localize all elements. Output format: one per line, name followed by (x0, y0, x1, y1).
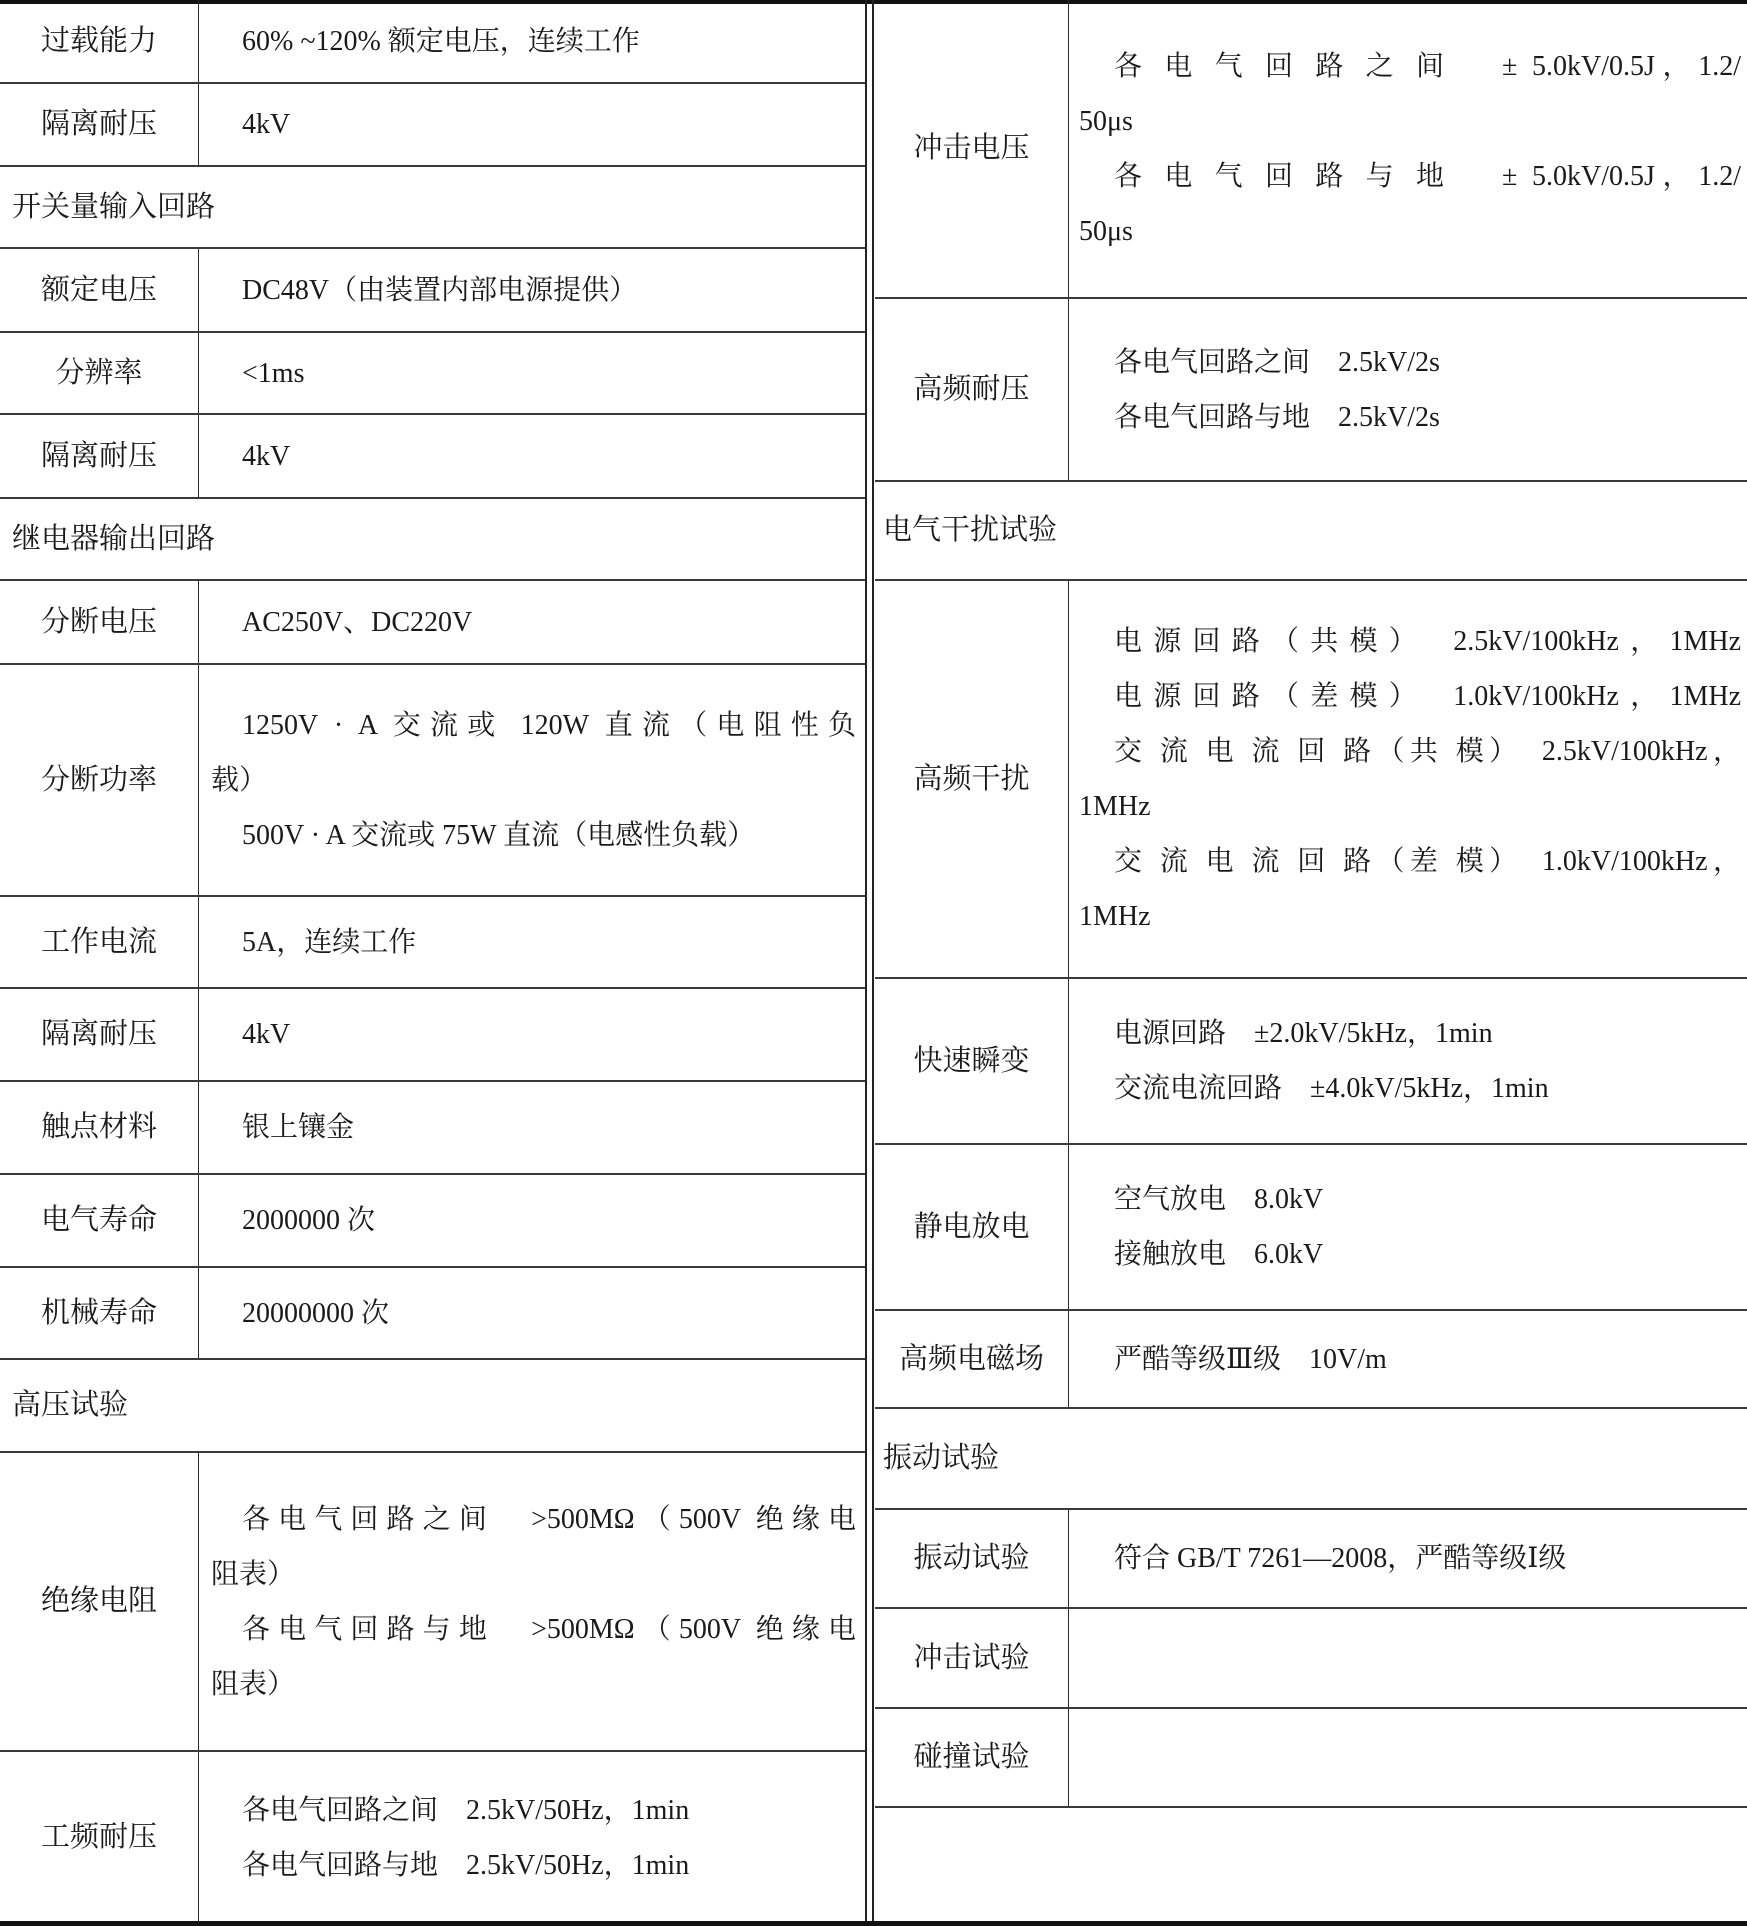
table-row: 电气寿命2000000 次 (0, 1175, 866, 1268)
parameter-value-cell: 各电气回路之间 >500MΩ（500V 绝缘电阻表）各电气回路与地 >500MΩ… (199, 1453, 866, 1750)
parameter-value-line: 5A，连续工作 (211, 915, 856, 970)
parameter-value-line: 交流电流回路 ±4.0kV/5kHz，1min (1079, 1061, 1741, 1116)
parameter-value-line: 银上镶金 (211, 1100, 856, 1155)
parameter-name-cell: 振动试验 (875, 1510, 1069, 1607)
section-header-row: 高压试验 (0, 1360, 866, 1453)
parameter-value-line: DC48V（由装置内部电源提供） (211, 263, 856, 318)
parameter-name-cell: 工频耐压 (0, 1752, 199, 1923)
parameter-value-cell: 各电气回路之间 2.5kV/50Hz，1min各电气回路与地 2.5kV/50H… (199, 1752, 866, 1923)
parameter-value-line: 1250V · A 交流或 120W 直流（电阻性负 (211, 698, 856, 753)
parameter-name: 分断功率 (41, 753, 157, 808)
table-row: 隔离耐压4kV (0, 84, 866, 167)
parameter-value-line: 电源回路 ±2.0kV/5kHz，1min (1079, 1006, 1741, 1061)
parameter-name: 振动试验 (913, 1531, 1029, 1586)
parameter-value-cell: 各 电 气 回 路 之 间 ± 5.0kV/0.5J，1.2/50μs各 电 气… (1069, 0, 1747, 297)
table-row: 冲击试验 (875, 1609, 1747, 1709)
parameter-value-line: 载） (211, 753, 856, 808)
parameter-name-cell: 工作电流 (0, 897, 199, 987)
parameter-name: 工频耐压 (41, 1810, 157, 1865)
parameter-value-line: 符合 GB/T 7261—2008，严酷等级Ⅰ级 (1079, 1531, 1741, 1586)
parameter-name: 静电放电 (913, 1200, 1029, 1255)
parameter-value-line: 4kV (211, 429, 856, 484)
parameter-value-line: 1MHz (1079, 889, 1741, 944)
parameter-name: 冲击电压 (913, 121, 1029, 176)
parameter-value-line: 20000000 次 (211, 1286, 856, 1341)
parameter-name-cell: 冲击电压 (875, 0, 1069, 297)
parameter-name-cell: 机械寿命 (0, 1268, 199, 1358)
parameter-value-line: AC250V、DC220V (211, 595, 856, 650)
spec-table-left: 过载能力60% ~120% 额定电压，连续工作隔离耐压4kV开关量输入回路额定电… (0, 0, 866, 1926)
right-table-left-border (872, 0, 874, 1926)
parameter-value-cell: DC48V（由装置内部电源提供） (199, 249, 866, 331)
section-title: 电气干扰试验 (875, 503, 1747, 558)
parameter-name-cell: 静电放电 (875, 1145, 1069, 1309)
table-row: 隔离耐压4kV (0, 989, 866, 1082)
parameter-value-cell: 4kV (199, 84, 866, 165)
parameter-value-line: 2000000 次 (211, 1193, 856, 1248)
parameter-name: 高频耐压 (913, 362, 1029, 417)
table-row: 振动试验符合 GB/T 7261—2008，严酷等级Ⅰ级 (875, 1510, 1747, 1609)
parameter-value-line: 4kV (211, 1007, 856, 1062)
parameter-value-line: 50μs (1079, 204, 1741, 259)
parameter-name: 冲击试验 (913, 1631, 1029, 1686)
section-header-row: 继电器输出回路 (0, 499, 866, 581)
parameter-value-line: 接触放电 6.0kV (1079, 1227, 1741, 1282)
table-row-blank (875, 1808, 1747, 1923)
parameter-value-cell: 符合 GB/T 7261—2008，严酷等级Ⅰ级 (1069, 1510, 1747, 1607)
table-row: 触点材料银上镶金 (0, 1082, 866, 1175)
parameter-value-cell: 银上镶金 (199, 1082, 866, 1173)
parameter-value-cell: 20000000 次 (199, 1268, 866, 1358)
parameter-value-line: 各电气回路之间 >500MΩ（500V 绝缘电 (211, 1492, 856, 1547)
parameter-name-cell: 触点材料 (0, 1082, 199, 1173)
parameter-name-cell: 碰撞试验 (875, 1709, 1069, 1806)
table-row: 碰撞试验 (875, 1709, 1747, 1808)
section-header-cell: 振动试验 (875, 1409, 1747, 1508)
parameter-value-line: 电源回路（共模） 2.5kV/100kHz，1MHz (1079, 614, 1741, 669)
parameter-value-cell: AC250V、DC220V (199, 581, 866, 663)
parameter-value-cell: 5A，连续工作 (199, 897, 866, 987)
parameter-value-line: 60% ~120% 额定电压，连续工作 (211, 14, 856, 69)
parameter-value-line: 各 电 气 回 路 之 间 ± 5.0kV/0.5J，1.2/ (1079, 39, 1741, 94)
parameter-value-line: 阻表） (211, 1547, 856, 1602)
parameter-name-cell: 隔离耐压 (0, 84, 199, 165)
table-row: 额定电压DC48V（由装置内部电源提供） (0, 249, 866, 333)
table-row: 冲击电压各 电 气 回 路 之 间 ± 5.0kV/0.5J，1.2/50μs各… (875, 0, 1747, 299)
table-row: 机械寿命20000000 次 (0, 1268, 866, 1360)
parameter-value-cell: 空气放电 8.0kV接触放电 6.0kV (1069, 1145, 1747, 1309)
table-row: 工作电流5A，连续工作 (0, 897, 866, 989)
parameter-name-cell: 隔离耐压 (0, 989, 199, 1080)
parameter-name: 工作电流 (41, 915, 157, 970)
parameter-value-line: 各电气回路之间 2.5kV/2s (1079, 335, 1741, 390)
parameter-name: 碰撞试验 (913, 1730, 1029, 1785)
parameter-value-cell: 1250V · A 交流或 120W 直流（电阻性负载）500V · A 交流或… (199, 665, 866, 895)
parameter-name: 隔离耐压 (41, 97, 157, 152)
parameter-name: 机械寿命 (41, 1286, 157, 1341)
table-row: 分辨率<1ms (0, 333, 866, 415)
parameter-name: 隔离耐压 (41, 1007, 157, 1062)
parameter-name: 高频干扰 (913, 752, 1029, 807)
parameter-name: 额定电压 (41, 263, 157, 318)
parameter-name: 高频电磁场 (899, 1332, 1044, 1387)
section-title: 开关量输入回路 (0, 180, 866, 235)
parameter-value-cell: 4kV (199, 415, 866, 497)
table-bottom-border (0, 1921, 1747, 1926)
parameter-value-line: 各 电 气 回 路 与 地 ± 5.0kV/0.5J，1.2/ (1079, 149, 1741, 204)
parameter-value-cell: <1ms (199, 333, 866, 413)
parameter-value-line: 阻表） (211, 1657, 856, 1712)
parameter-value-cell: 电源回路 ±2.0kV/5kHz，1min交流电流回路 ±4.0kV/5kHz，… (1069, 979, 1747, 1143)
parameter-value-cell: 严酷等级Ⅲ级 10V/m (1069, 1311, 1747, 1407)
parameter-name: 绝缘电阻 (41, 1574, 157, 1629)
section-header-cell: 继电器输出回路 (0, 499, 866, 579)
table-row: 过载能力60% ~120% 额定电压，连续工作 (0, 0, 866, 84)
section-header-row: 振动试验 (875, 1409, 1747, 1510)
parameter-value-line: 4kV (211, 97, 856, 152)
parameter-value-line: 各电气回路之间 2.5kV/50Hz，1min (211, 1783, 856, 1838)
parameter-value-line: <1ms (211, 346, 856, 401)
parameter-name-cell: 高频耐压 (875, 299, 1069, 480)
section-header-cell: 高压试验 (0, 1360, 866, 1451)
parameter-value-line: 各电气回路与地 >500MΩ（500V 绝缘电 (211, 1602, 856, 1657)
parameter-name: 快速瞬变 (913, 1034, 1029, 1089)
section-title: 振动试验 (875, 1431, 1747, 1486)
parameter-value-cell: 电源回路（共模） 2.5kV/100kHz，1MHz电源回路（差模） 1.0kV… (1069, 581, 1747, 977)
parameter-value-line: 各电气回路与地 2.5kV/50Hz，1min (211, 1838, 856, 1893)
table-row: 静电放电空气放电 8.0kV接触放电 6.0kV (875, 1145, 1747, 1311)
section-header-row: 开关量输入回路 (0, 167, 866, 249)
parameter-value-line: 500V · A 交流或 75W 直流（电感性负载） (211, 808, 856, 863)
parameter-value-line: 空气放电 8.0kV (1079, 1172, 1741, 1227)
parameter-value-cell: 2000000 次 (199, 1175, 866, 1266)
parameter-name-cell: 高频干扰 (875, 581, 1069, 977)
table-row: 分断功率1250V · A 交流或 120W 直流（电阻性负载）500V · A… (0, 665, 866, 897)
table-row: 隔离耐压4kV (0, 415, 866, 499)
parameter-name-cell: 分断功率 (0, 665, 199, 895)
parameter-name-cell: 隔离耐压 (0, 415, 199, 497)
parameter-value-line: 严酷等级Ⅲ级 10V/m (1079, 1332, 1741, 1387)
parameter-value-cell (1069, 1609, 1747, 1707)
parameter-name: 分辨率 (55, 346, 142, 401)
table-row: 高频干扰电源回路（共模） 2.5kV/100kHz，1MHz电源回路（差模） 1… (875, 581, 1747, 979)
section-title: 高压试验 (0, 1378, 866, 1433)
parameter-value-line: 电源回路（差模） 1.0kV/100kHz，1MHz (1079, 669, 1741, 724)
parameter-value-line: 各电气回路与地 2.5kV/2s (1079, 390, 1741, 445)
parameter-name: 分断电压 (41, 595, 157, 650)
parameter-name: 电气寿命 (41, 1193, 157, 1248)
parameter-value-cell: 60% ~120% 额定电压，连续工作 (199, 0, 866, 82)
parameter-value-cell: 4kV (199, 989, 866, 1080)
table-row: 绝缘电阻各电气回路之间 >500MΩ（500V 绝缘电阻表）各电气回路与地 >5… (0, 1453, 866, 1752)
parameter-name-cell: 冲击试验 (875, 1609, 1069, 1707)
parameter-name-cell: 分断电压 (0, 581, 199, 663)
parameter-name-cell: 额定电压 (0, 249, 199, 331)
table-row: 高频电磁场严酷等级Ⅲ级 10V/m (875, 1311, 1747, 1409)
parameter-value-line: 交 流 电 流 回 路（共 模） 2.5kV/100kHz， (1079, 724, 1741, 779)
parameter-name-cell: 电气寿命 (0, 1175, 199, 1266)
parameter-value-line: 50μs (1079, 94, 1741, 149)
parameter-value-line: 交 流 电 流 回 路（差 模） 1.0kV/100kHz， (1079, 834, 1741, 889)
table-row: 工频耐压各电气回路之间 2.5kV/50Hz，1min各电气回路与地 2.5kV… (0, 1752, 866, 1923)
table-row: 快速瞬变电源回路 ±2.0kV/5kHz，1min交流电流回路 ±4.0kV/5… (875, 979, 1747, 1145)
left-table-right-border (865, 0, 867, 1926)
parameter-value-cell: 各电气回路之间 2.5kV/2s各电气回路与地 2.5kV/2s (1069, 299, 1747, 480)
section-header-cell: 电气干扰试验 (875, 482, 1747, 579)
parameter-name: 隔离耐压 (41, 429, 157, 484)
parameter-value-cell (1069, 1709, 1747, 1806)
section-header-row: 电气干扰试验 (875, 482, 1747, 581)
parameter-value-line: 1MHz (1079, 779, 1741, 834)
section-header-cell: 开关量输入回路 (0, 167, 866, 247)
parameter-name: 过载能力 (41, 14, 157, 69)
parameter-name-cell: 绝缘电阻 (0, 1453, 199, 1750)
parameter-name-cell: 高频电磁场 (875, 1311, 1069, 1407)
parameter-name-cell: 分辨率 (0, 333, 199, 413)
parameter-name-cell: 过载能力 (0, 0, 199, 82)
table-row: 分断电压AC250V、DC220V (0, 581, 866, 665)
table-row: 高频耐压各电气回路之间 2.5kV/2s各电气回路与地 2.5kV/2s (875, 299, 1747, 482)
parameter-name-cell: 快速瞬变 (875, 979, 1069, 1143)
spec-table-right: 冲击电压各 电 气 回 路 之 间 ± 5.0kV/0.5J，1.2/50μs各… (875, 0, 1747, 1926)
section-title: 继电器输出回路 (0, 512, 866, 567)
parameter-name: 触点材料 (41, 1100, 157, 1155)
